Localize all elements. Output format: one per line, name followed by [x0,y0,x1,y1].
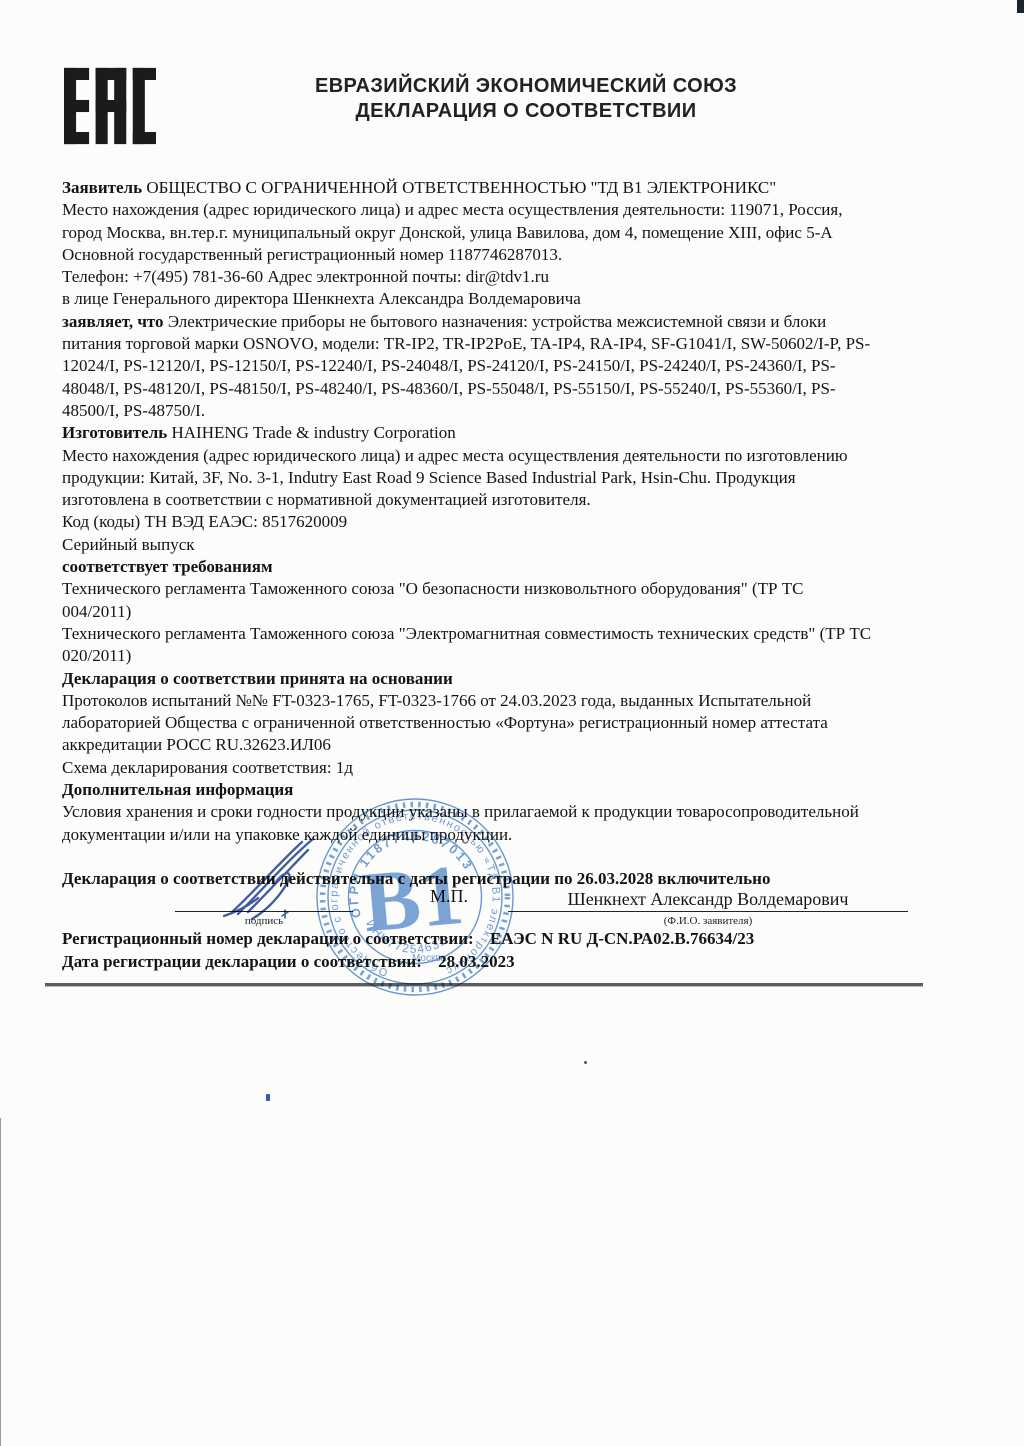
document-line: Технического регламента Таможенного союз… [62,578,977,600]
document-line: 48500/I, PS-48750/I. [62,400,977,422]
document-line: 48048/I, PS-48120/I, PS-48150/I, PS-4824… [62,378,977,400]
scan-edge-artifact [0,1118,1,1446]
stamp-center-monogram: В1 [359,846,467,950]
document-line: продукции: Китай, 3F, No. 3-1, Indutry E… [62,467,977,489]
document-line: Схема декларирования соответствия: 1д [62,757,977,779]
document-line: Декларация о соответствии действительна … [62,868,977,890]
document-line: Место нахождения (адрес юридического лиц… [62,199,977,221]
declaration-document: { "header": { "title_line1": "ЕВРАЗИЙСКИ… [0,0,1024,1446]
applicant-caption: (Ф.И.О. заявителя) [508,915,908,927]
document-line: 004/2011) [62,601,977,623]
document-line: заявляет, что Электрические приборы не б… [62,311,977,333]
applicant-name-line [508,911,908,912]
document-title: ДЕКЛАРАЦИЯ О СООТВЕТСТВИИ [26,99,1024,124]
document-line: Протоколов испытаний №№ FT-0323-1765, FT… [62,690,977,712]
document-header: ЕВРАЗИЙСКИЙ ЭКОНОМИЧЕСКИЙ СОЮЗ ДЕКЛАРАЦИ… [26,74,1024,124]
document-line: Место нахождения (адрес юридического лиц… [62,445,977,467]
document-line: город Москва, вн.тер.г. муниципальный ок… [62,222,977,244]
document-line: Основной государственный регистрационный… [62,244,977,266]
document-line: 12024/I, PS-12120/I, PS-12150/I, PS-1224… [62,355,977,377]
document-line: Заявитель ОБЩЕСТВО С ОГРАНИЧЕННОЙ ОТВЕТС… [62,177,977,199]
handwritten-signature [218,832,348,924]
document-line: лабораторией Общества с ограниченной отв… [62,712,977,734]
document-line: аккредитации РОСС RU.32623.ИЛ06 [62,734,977,756]
document-line: Условия хранения и сроки годности продук… [62,801,977,823]
scan-dot-artifact [584,1061,587,1064]
stamp-city-text: Москва [412,953,447,964]
registration-number-value: ЕАЭС N RU Д-CN.РА02.В.76634/23 [490,929,754,948]
document-line: Декларация о соответствии принята на осн… [62,668,977,690]
document-line: питания торговой марки OSNOVO, модели: T… [62,333,977,355]
document-line: изготовлена в соответствии с нормативной… [62,489,977,511]
scan-ink-artifact [266,1094,270,1101]
document-line: Дополнительная информация [62,779,977,801]
applicant-name: Шенкнехт Александр Волдемарович [508,889,908,910]
document-line: в лице Генерального директора Шенкнехта … [62,288,977,310]
document-line: соответствует требованиям [62,556,977,578]
document-line: документации и/или на упаковке каждой ед… [62,824,977,846]
union-title: ЕВРАЗИЙСКИЙ ЭКОНОМИЧЕСКИЙ СОЮЗ [26,74,1024,99]
document-line: 020/2011) [62,645,977,667]
document-line: Телефон: +7(495) 781-36-60 Адрес электро… [62,266,977,288]
document-line: Технического регламента Таможенного союз… [62,623,977,645]
scan-corner-artifact [1017,0,1024,13]
document-line: Изготовитель HAIHENG Trade & industry Co… [62,422,977,444]
document-line: Серийный выпуск [62,534,977,556]
blank-line [62,846,977,868]
document-line: Код (коды) ТН ВЭД ЕАЭС: 8517620009 [62,511,977,533]
document-lines: Заявитель ОБЩЕСТВО С ОГРАНИЧЕННОЙ ОТВЕТС… [62,177,977,891]
